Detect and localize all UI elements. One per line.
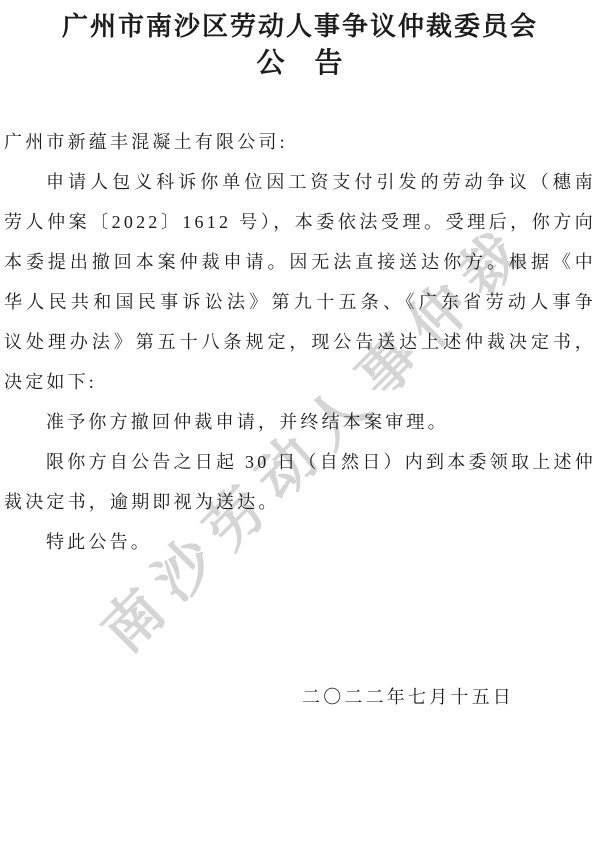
notice-heading: 公 告: [0, 44, 600, 84]
body-line: 本委提出撤回本案仲裁申请。因无法直接送达你方。根据《中: [0, 242, 600, 282]
body-line: 华人民共和国民事诉讼法》第九十五条、《广东省劳动人事争: [0, 282, 600, 322]
body-line: 申请人包义科诉你单位因工资支付引发的劳动争议（穗南: [0, 162, 600, 202]
body-line: 决定如下:: [0, 362, 600, 402]
body-lines: 广州市新蕴丰混凝土有限公司:申请人包义科诉你单位因工资支付引发的劳动争议（穗南劳…: [0, 122, 600, 562]
notice-page: 南沙劳动人事仲裁 广州市南沙区劳动人事争议仲裁委员会 公 告 广州市新蕴丰混凝土…: [0, 0, 600, 851]
body-line: 准予你方撤回仲裁申请，并终结本案审理。: [0, 402, 600, 442]
body-line: 议处理办法》第五十八条规定，现公告送达上述仲裁决定书，: [0, 322, 600, 362]
body-line: 劳人仲案〔2022〕1612 号），本委依法受理。受理后，你方向: [0, 202, 600, 242]
body-line: 特此公告。: [0, 522, 600, 562]
committee-title: 广州市南沙区劳动人事争议仲裁委员会: [0, 10, 600, 44]
body-line: 限你方自公告之日起 30 日（自然日）内到本委领取上述仲: [0, 442, 600, 482]
notice-content: 广州市南沙区劳动人事争议仲裁委员会 公 告 广州市新蕴丰混凝土有限公司:申请人包…: [0, 10, 600, 717]
body-line: 裁决定书，逾期即视为送达。: [0, 482, 600, 522]
body-line: 广州市新蕴丰混凝土有限公司:: [0, 122, 600, 162]
issue-date: 二〇二二年七月十五日: [0, 677, 600, 717]
